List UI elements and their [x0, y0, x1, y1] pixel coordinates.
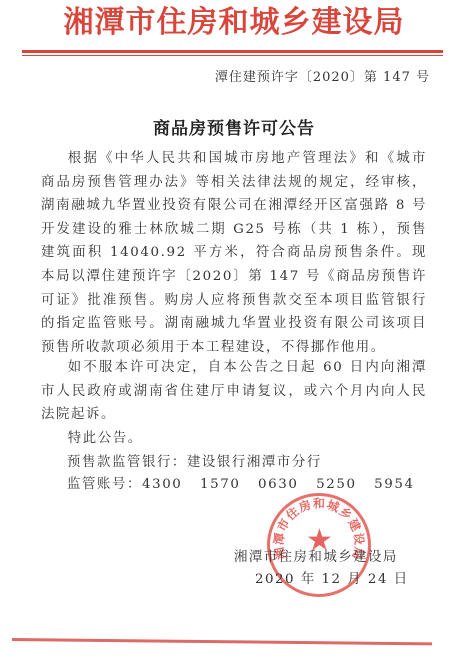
account-label: 监管账号：: [67, 477, 142, 492]
bank-label: 预售款监管银行：: [67, 455, 187, 470]
issuer-masthead: 湘潭市住房和城乡建设局: [0, 4, 468, 42]
account-row: 监管账号：4300 1570 0630 5250 5954: [67, 473, 415, 492]
signature-date: 2020 年 12 月 24 日: [255, 568, 409, 587]
paragraph-closing: 特此公告。: [41, 427, 427, 451]
masthead-rule-thin: [22, 55, 443, 56]
document-number: 潭住建预许字〔2020〕第 147 号: [215, 66, 430, 85]
paragraph-appeal: 如不服本许可决定，自本公告之日起 60 日内向湘潭市人民政府或湖南省住建厅申请复…: [41, 356, 427, 427]
body-text: 根据《中华人民共和国城市房地产管理法》和《城市商品房预售管理办法》等相关法律法规…: [41, 147, 427, 359]
document-title: 商品房预售许可公告: [0, 114, 468, 139]
paragraph-approval: 根据《中华人民共和国城市房地产管理法》和《城市商品房预售管理办法》等相关法律法规…: [41, 147, 427, 359]
account-value: 4300 1570 0630 5250 5954: [142, 477, 415, 492]
body-text-appeal: 如不服本许可决定，自本公告之日起 60 日内向湘潭市人民政府或湖南省住建厅申请复…: [41, 356, 427, 450]
masthead-rule-thick: [22, 50, 443, 53]
bank-row: 预售款监管银行：建设银行湘潭市分行: [67, 451, 322, 470]
signature-issuer: 湘潭市住房和城乡建设局: [234, 546, 398, 565]
footer-rule: [12, 638, 432, 645]
bank-value: 建设银行湘潭市分行: [187, 455, 322, 470]
